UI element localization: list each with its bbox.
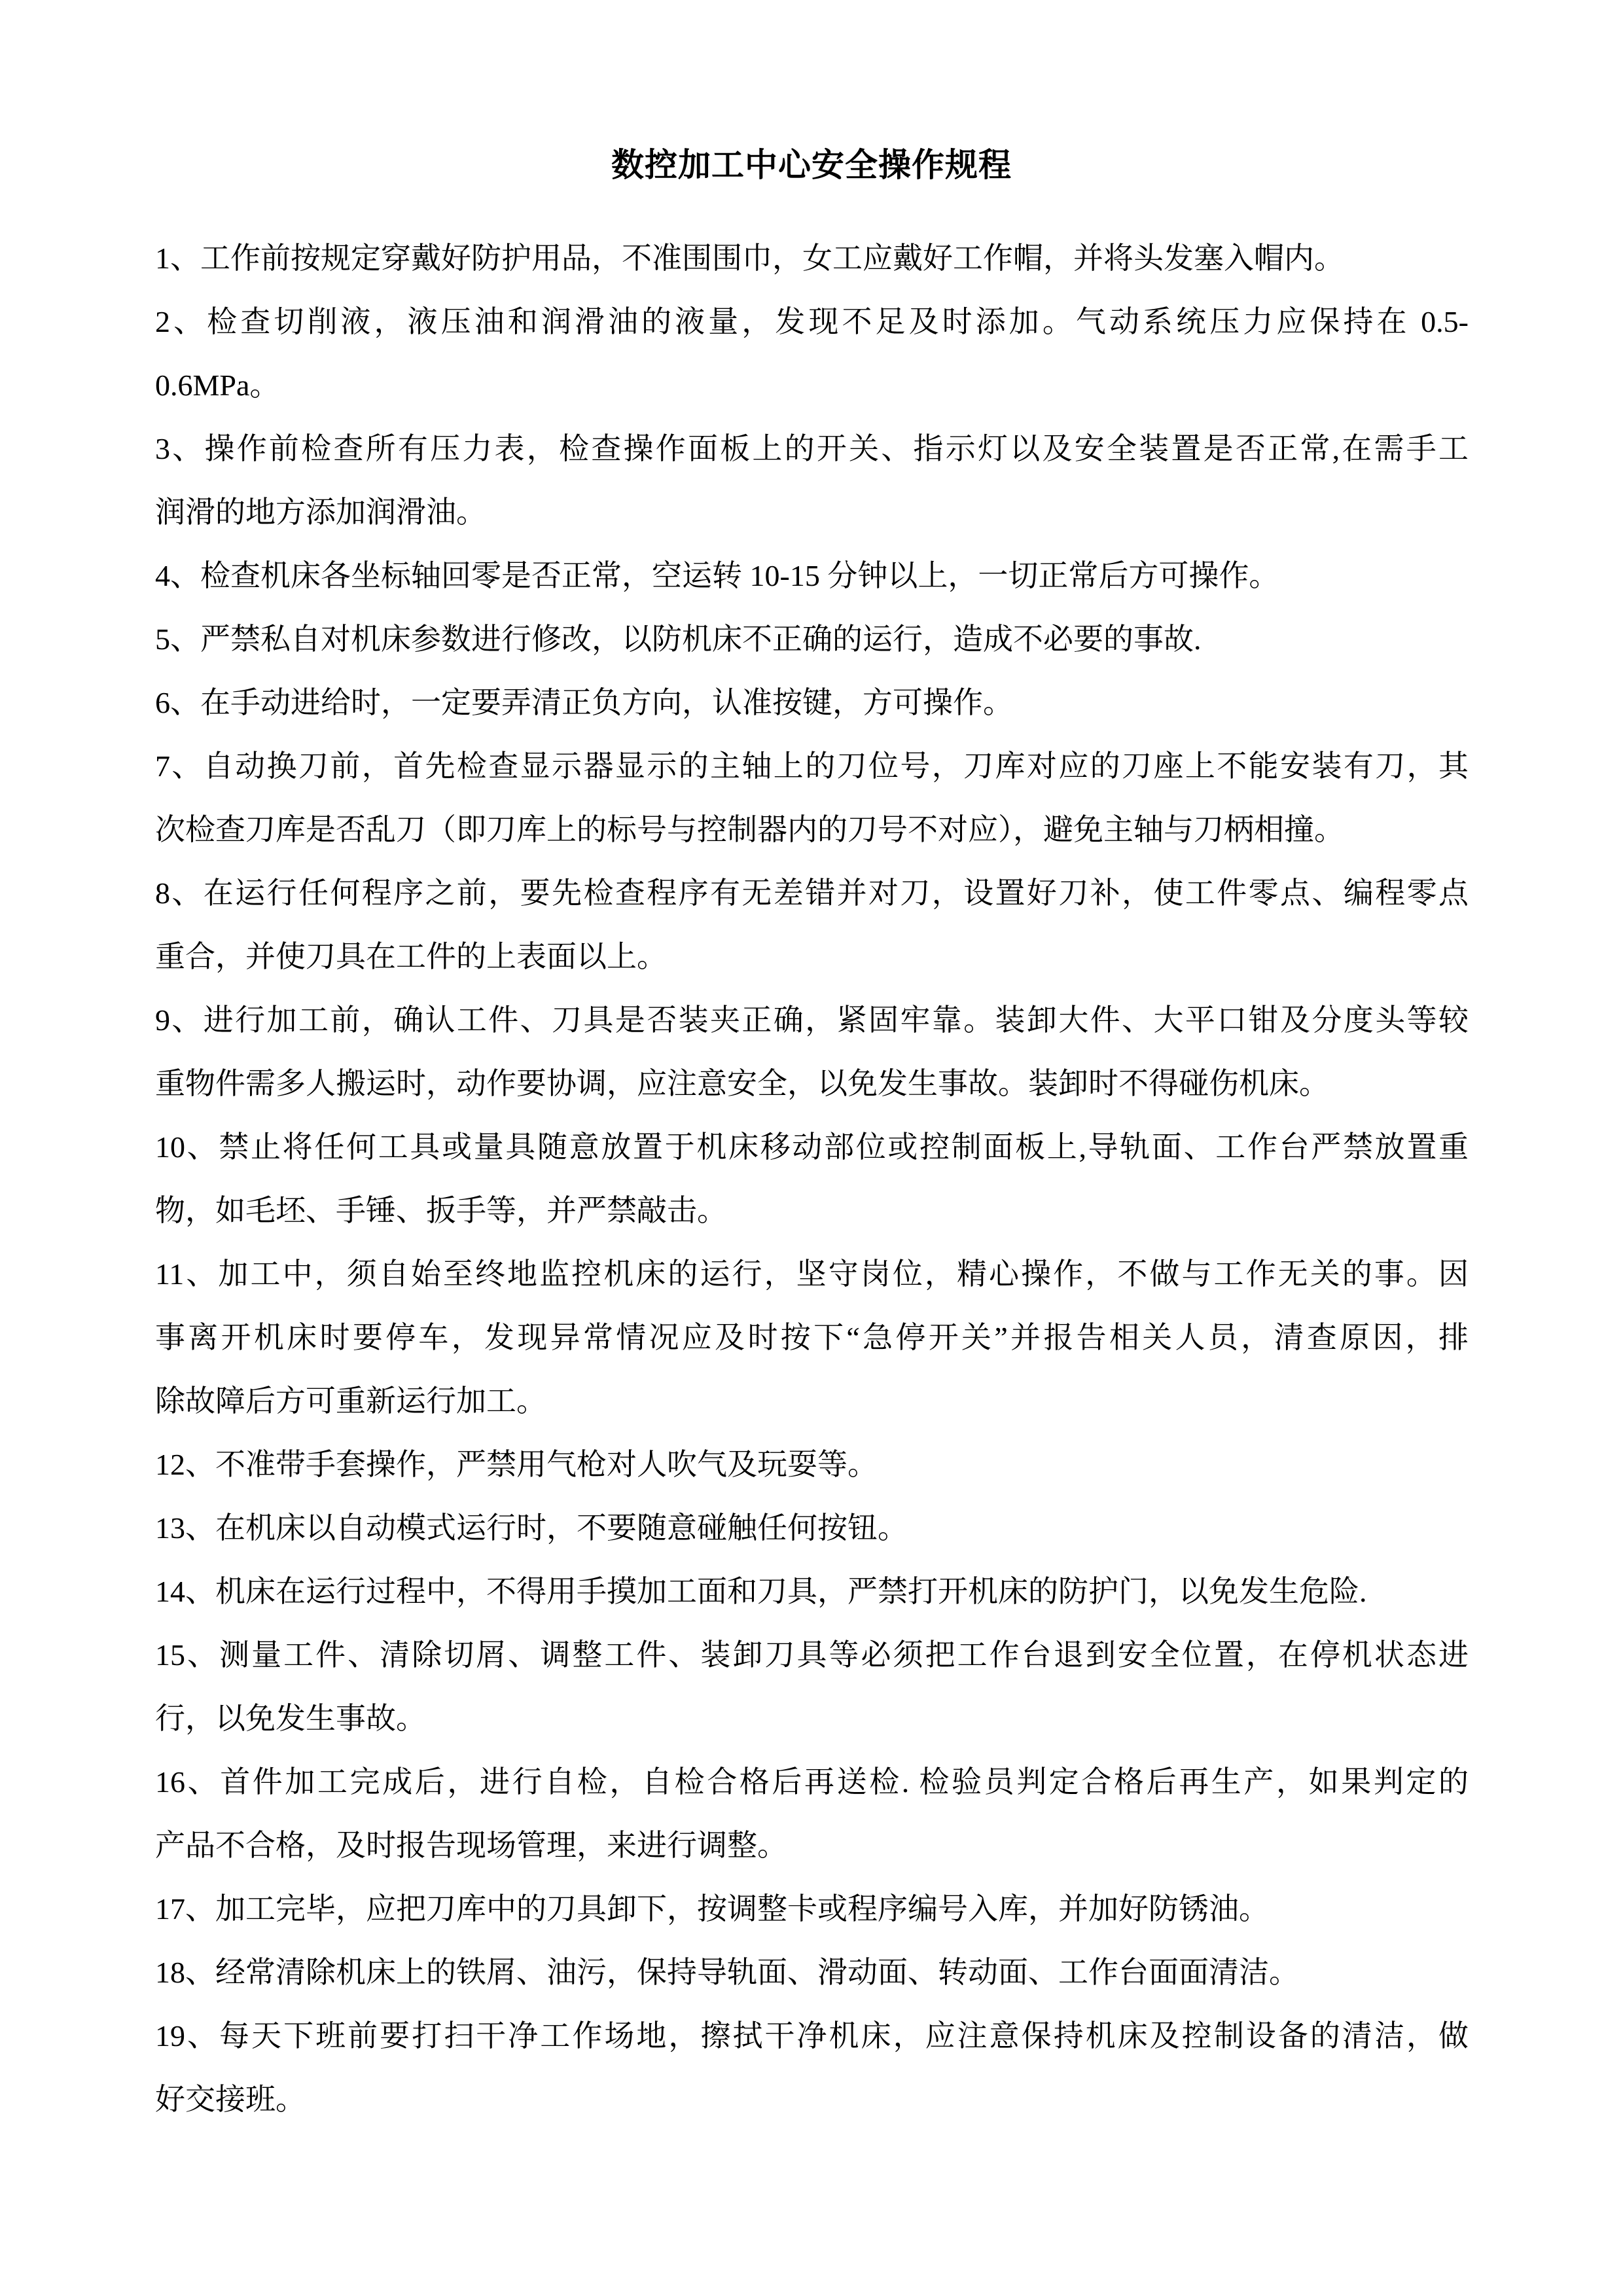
text-line: 12、不准带手套操作，严禁用气枪对人吹气及玩耍等。 [155,1433,1469,1496]
text-line: 2、检查切削液，液压油和润滑油的液量，发现不足及时添加。气动系统压力应保持在 0… [155,290,1469,353]
document-body: 1、工作前按规定穿戴好防护用品，不准围围巾，女工应戴好工作帽，并将头发塞入帽内。… [155,226,1469,2131]
text-line: 18、经常清除机床上的铁屑、油污，保持导轨面、滑动面、转动面、工作台面面清洁。 [155,1941,1469,2004]
text-line: 15、测量工件、清除切屑、调整工件、装卸刀具等必须把工作台退到安全位置，在停机状… [155,1623,1469,1687]
text-line: 10、禁止将任何工具或量具随意放置于机床移动部位或控制面板上,导轨面、工作台严禁… [155,1115,1469,1179]
text-line: 14、机床在运行过程中，不得用手摸加工面和刀具，严禁打开机床的防护门，以免发生危… [155,1560,1469,1623]
text-line: 次检查刀库是否乱刀（即刀库上的标号与控制器内的刀号不对应），避免主轴与刀柄相撞。 [155,798,1469,861]
text-line: 11、加工中，须自始至终地监控机床的运行，坚守岗位，精心操作，不做与工作无关的事… [155,1242,1469,1306]
text-line: 16、首件加工完成后，进行自检，自检合格后再送检. 检验员判定合格后再生产，如果… [155,1750,1469,1814]
text-line: 4、检查机床各坐标轴回零是否正常，空运转 10-15 分钟以上，一切正常后方可操… [155,544,1469,607]
text-line: 1、工作前按规定穿戴好防护用品，不准围围巾，女工应戴好工作帽，并将头发塞入帽内。 [155,226,1469,290]
text-line: 润滑的地方添加润滑油。 [155,480,1469,544]
text-line: 5、严禁私自对机床参数进行修改，以防机床不正确的运行，造成不必要的事故. [155,607,1469,671]
text-line: 好交接班。 [155,2068,1469,2131]
document-page: 数控加工中心安全操作规程 1、工作前按规定穿戴好防护用品，不准围围巾，女工应戴好… [0,0,1623,2296]
text-line: 6、在手动进给时，一定要弄清正负方向，认准按键，方可操作。 [155,671,1469,734]
text-line: 13、在机床以自动模式运行时，不要随意碰触任何按钮。 [155,1496,1469,1560]
text-line: 19、每天下班前要打扫干净工作场地，擦拭干净机床，应注意保持机床及控制设备的清洁… [155,2004,1469,2068]
document-title: 数控加工中心安全操作规程 [0,139,1623,186]
text-line: 事离开机床时要停车，发现异常情况应及时按下“急停开关”并报告相关人员，清查原因，… [155,1306,1469,1369]
text-line: 行，以免发生事故。 [155,1687,1469,1750]
text-line: 3、操作前检查所有压力表，检查操作面板上的开关、指示灯以及安全装置是否正常,在需… [155,417,1469,480]
text-line: 物，如毛坯、手锤、扳手等，并严禁敲击。 [155,1179,1469,1242]
text-line: 除故障后方可重新运行加工。 [155,1369,1469,1433]
text-line: 7、自动换刀前，首先检查显示器显示的主轴上的刀位号，刀库对应的刀座上不能安装有刀… [155,734,1469,798]
text-line: 8、在运行任何程序之前，要先检查程序有无差错并对刀，设置好刀补，使工件零点、编程… [155,861,1469,925]
text-line: 17、加工完毕，应把刀库中的刀具卸下，按调整卡或程序编号入库，并加好防锈油。 [155,1877,1469,1941]
text-line: 9、进行加工前，确认工件、刀具是否装夹正确，紧固牢靠。装卸大件、大平口钳及分度头… [155,988,1469,1052]
text-line: 重物件需多人搬运时，动作要协调，应注意安全，以免发生事故。装卸时不得碰伤机床。 [155,1052,1469,1115]
text-line: 产品不合格，及时报告现场管理，来进行调整。 [155,1814,1469,1877]
text-line: 0.6MPa。 [155,353,1469,417]
text-line: 重合，并使刀具在工件的上表面以上。 [155,925,1469,988]
